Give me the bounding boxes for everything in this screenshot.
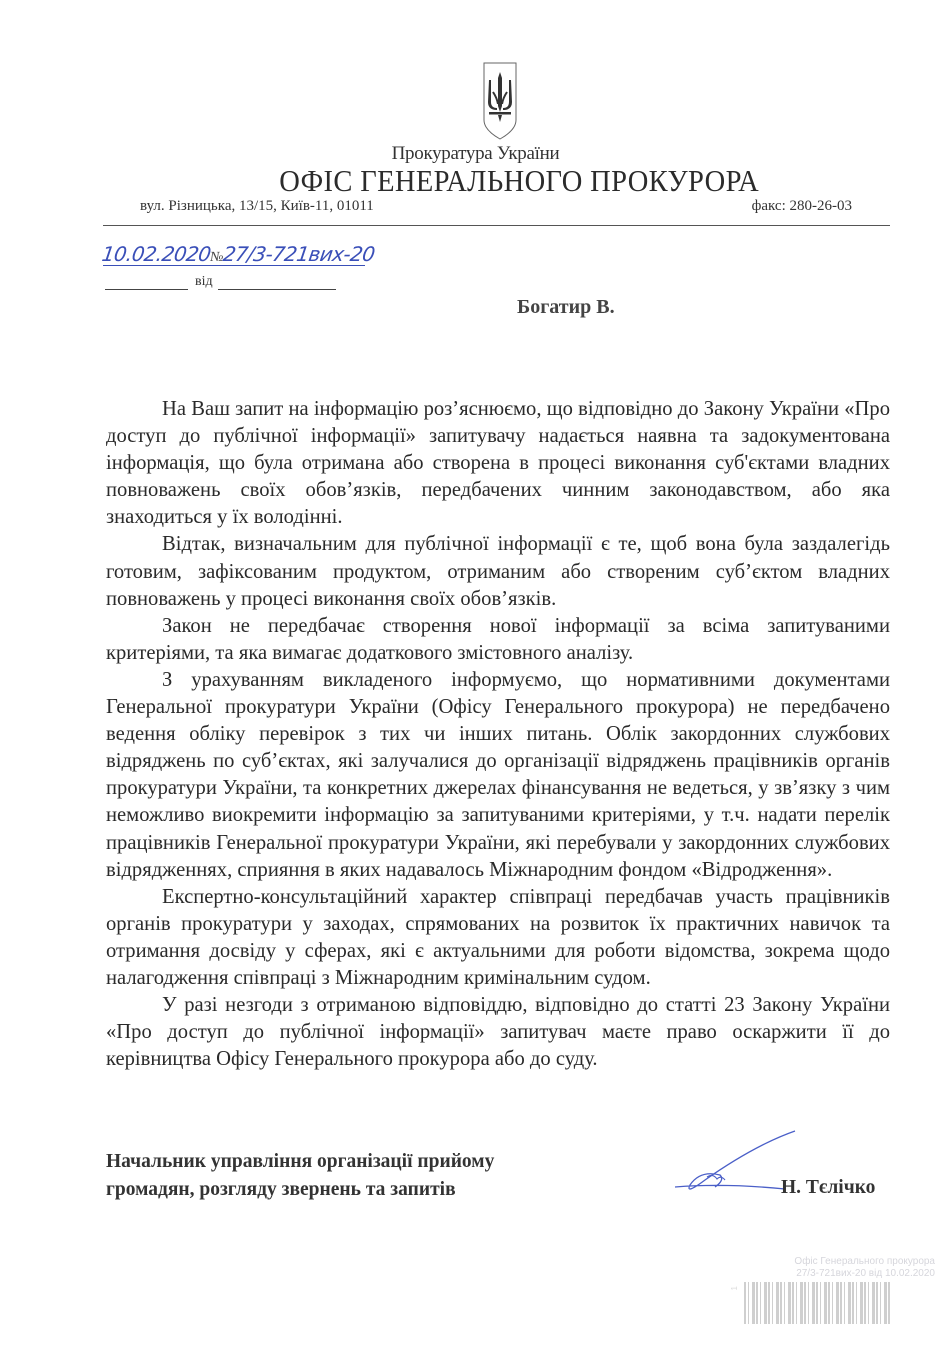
barcode-icon bbox=[744, 1282, 892, 1324]
body-paragraph: На Ваш запит на інформацію роз’яснюємо, … bbox=[106, 396, 890, 531]
barcode-side-text: 1 bbox=[730, 1286, 739, 1290]
ref-date-blank bbox=[218, 289, 336, 290]
body-paragraph: У разі незгоди з отриманою відповіддю, в… bbox=[106, 992, 890, 1073]
body-paragraph: З урахуванням викладеного інформуємо, що… bbox=[106, 667, 890, 884]
stamp-reg-number: 27/3-721вих-20 від 10.02.2020 bbox=[730, 1268, 935, 1280]
body-paragraph: Закон не передбачає створення нової інфо… bbox=[106, 613, 890, 667]
registration-handwritten: 10.02.2020№27/3-721вих-20 bbox=[100, 242, 376, 266]
registration-underline bbox=[103, 265, 365, 266]
signatory-name: Н. Тєлічко bbox=[781, 1177, 875, 1199]
trident-coat-of-arms-icon bbox=[483, 62, 517, 140]
ref-from-label: від bbox=[195, 274, 213, 290]
org-title: ОФІС ГЕНЕРАЛЬНОГО ПРОКУРОРА bbox=[38, 163, 913, 199]
registry-stamp: Офіс Генерального прокурора 27/3-721вих-… bbox=[730, 1256, 935, 1336]
letter-body: На Ваш запит на інформацію роз’яснюємо, … bbox=[106, 396, 890, 1073]
registration-date: 10.02.2020 bbox=[100, 242, 212, 266]
addressee: Богатир В. bbox=[517, 296, 615, 319]
signatory-title-line1: Начальник управління організації прийому bbox=[106, 1148, 494, 1176]
ref-number-blank bbox=[105, 289, 188, 290]
registration-number: 27/3-721вих-20 bbox=[222, 242, 377, 266]
body-paragraph: Відтак, визначальним для публічної інфор… bbox=[106, 531, 890, 612]
org-fax: факс: 280-26-03 bbox=[752, 198, 852, 215]
org-parent-name: Прокуратура України bbox=[0, 143, 951, 165]
signatory-title-line2: громадян, розгляду звернень та запитів bbox=[106, 1176, 494, 1204]
org-address: вул. Різницька, 13/15, Київ-11, 01011 bbox=[140, 198, 374, 215]
signatory-title: Начальник управління організації прийому… bbox=[106, 1148, 494, 1204]
letterhead-divider bbox=[103, 225, 890, 226]
body-paragraph: Експертно-консультаційний характер співп… bbox=[106, 884, 890, 992]
stamp-org: Офіс Генерального прокурора bbox=[730, 1256, 935, 1268]
